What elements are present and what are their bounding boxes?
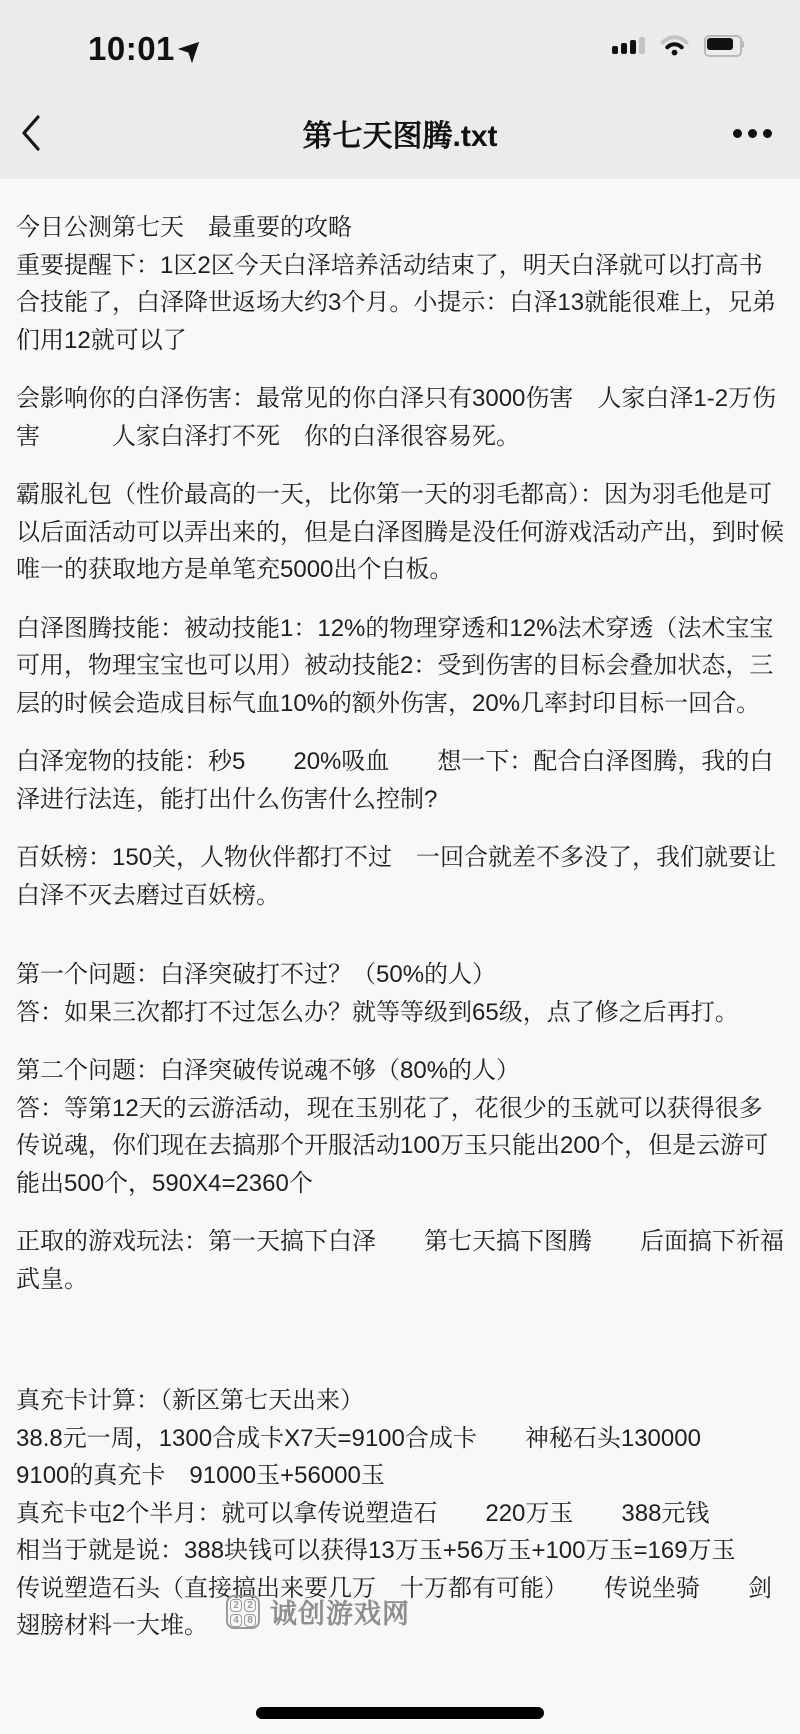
text-paragraph: 会影响你的白泽伤害：最常见的你白泽只有3000伤害 人家白泽1-2万伤害 人家白…: [16, 380, 785, 455]
text-paragraph: 白泽宠物的技能：秒5 20%吸血 想一下：配合白泽图腾，我的白泽进行法连，能打出…: [16, 743, 785, 818]
text-paragraph: 正取的游戏玩法：第一天搞下白泽 第七天搞下图腾 后面搞下祈福武皇。: [16, 1223, 785, 1298]
watermark: 2248 诚创游戏网: [226, 1592, 410, 1631]
top-chrome: 10:01: [0, 0, 800, 179]
text-paragraph: 第一个问题：白泽突破打不过？（50%的人） 答：如果三次都打不过怎么办？就等等级…: [16, 956, 785, 1031]
cellular-signal-icon: [612, 36, 645, 54]
text-paragraph: 第二个问题：白泽突破传说魂不够（80%的人） 答：等第12天的云游活动，现在玉别…: [16, 1052, 785, 1202]
ellipsis-icon: [733, 129, 742, 138]
text-paragraph: 百妖榜：150关，人物伙伴都打不过 一回合就差不多没了，我们就要让白泽不灭去磨过…: [16, 839, 785, 914]
file-content: 今日公测第七天 最重要的攻略 重要提醒下：1区2区今天白泽培养活动结束了，明天白…: [0, 179, 800, 1645]
text-paragraph: 霸服礼包（性价最高的一天，比你第一天的羽毛都高）：因为羽毛他是可以后面活动可以弄…: [16, 476, 785, 589]
phone-screen: 10:01: [0, 0, 800, 1734]
text-paragraph: 白泽图腾技能：被动技能1：12%的物理穿透和12%法术穿透（法术宝宝可用，物理宝…: [16, 610, 785, 723]
status-bar: 10:01: [0, 0, 800, 95]
nav-bar: 第七天图腾.txt: [0, 95, 800, 179]
wifi-icon: [659, 34, 690, 56]
watermark-text: 诚创游戏网: [270, 1592, 410, 1631]
more-button[interactable]: [733, 111, 772, 155]
text-paragraph: 今日公测第七天 最重要的攻略 重要提醒下：1区2区今天白泽培养活动结束了，明天白…: [16, 209, 785, 359]
battery-icon: [704, 35, 744, 55]
home-indicator[interactable]: [256, 1707, 544, 1719]
file-text: 今日公测第七天 最重要的攻略 重要提醒下：1区2区今天白泽培养活动结束了，明天白…: [16, 209, 785, 1645]
watermark-logo-icon: 2248: [226, 1595, 260, 1629]
status-time: 10:01: [88, 30, 175, 68]
location-arrow-icon: [176, 33, 207, 64]
page-title: 第七天图腾.txt: [0, 111, 800, 155]
